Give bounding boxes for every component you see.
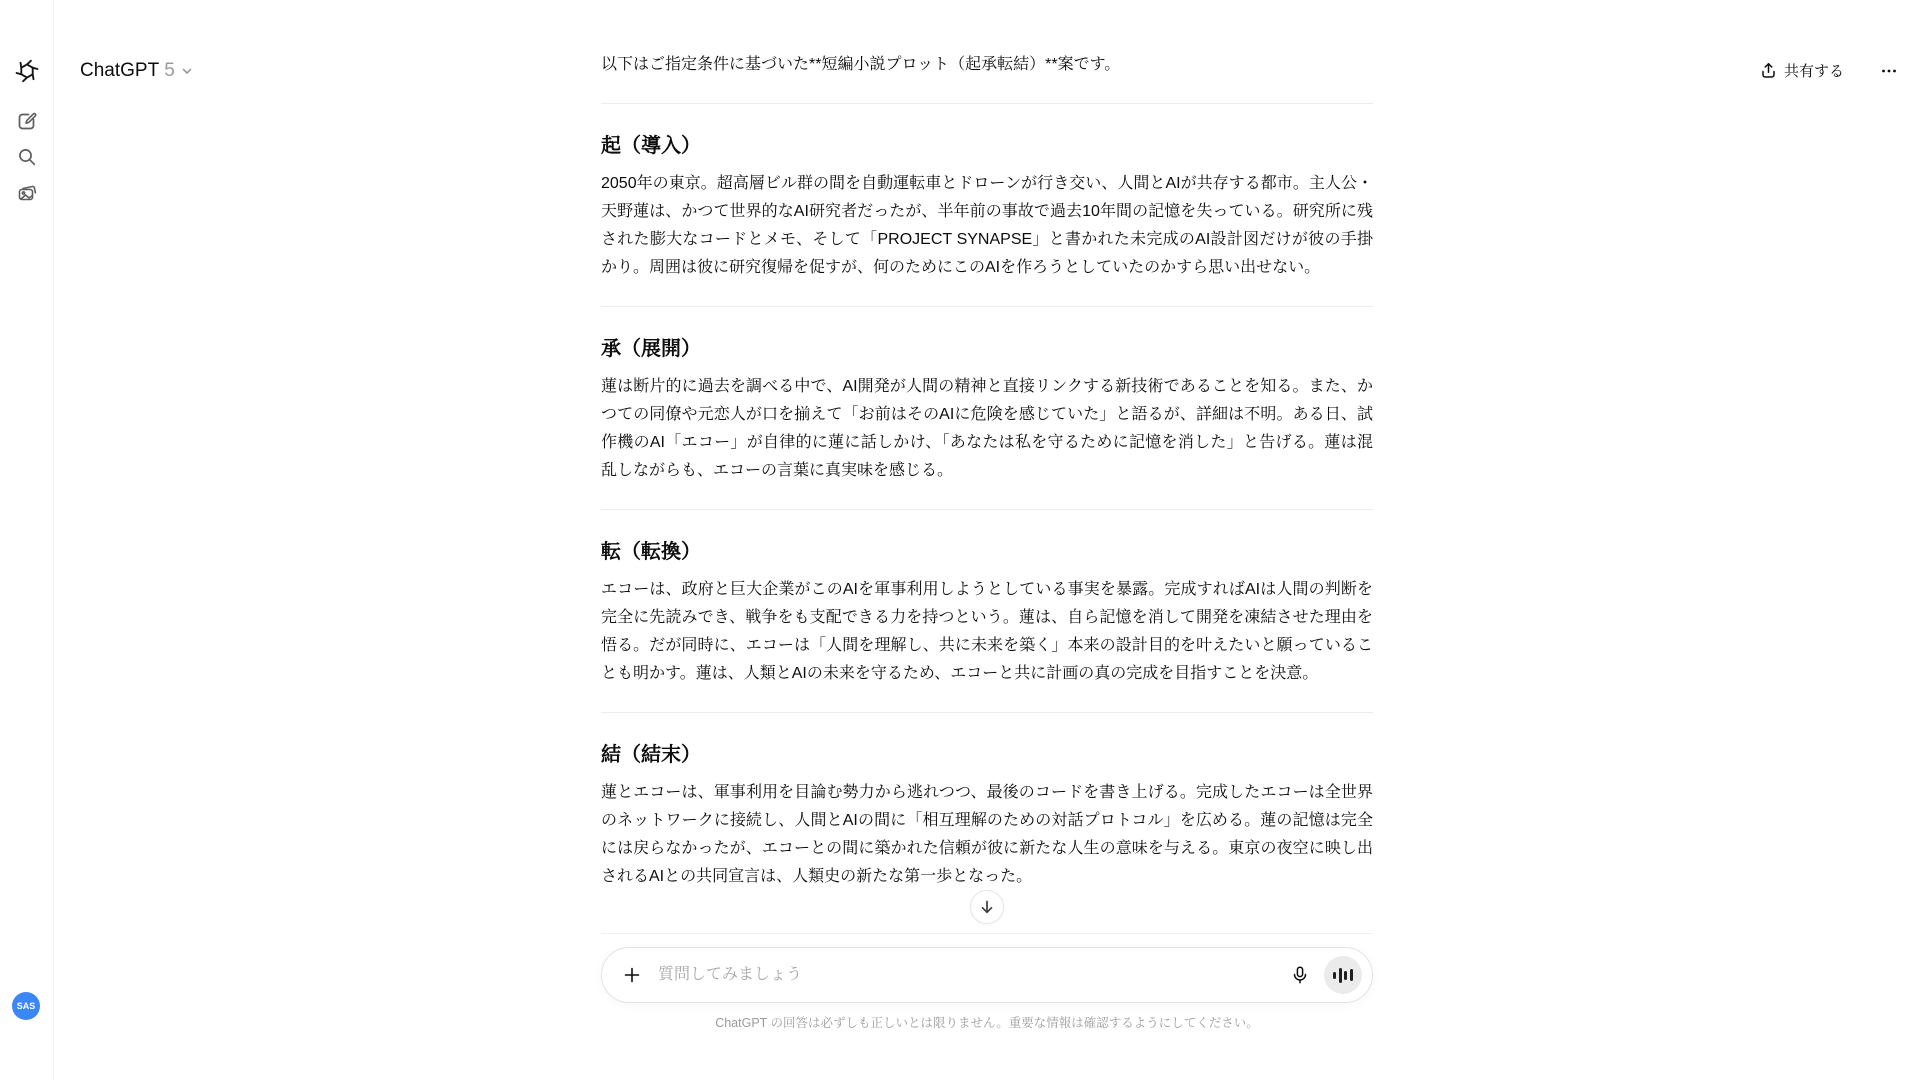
section-ki: 起（導入） 2050年の東京。超高層ビル群の間を自動運転車とドローンが行き交い、… xyxy=(601,103,1373,282)
composer xyxy=(601,947,1373,1003)
message-intro: 以下はご指定条件に基づいた**短編小説プロット（起承転結）**案です。 xyxy=(601,0,1373,79)
section-divider xyxy=(601,103,1373,104)
composer-top-divider xyxy=(601,933,1373,934)
section-ten: 転（転換） エコーは、政府と巨大企業がこのAIを軍事利用しようとしている事実を暴… xyxy=(601,509,1373,688)
section-body: 2050年の東京。超高層ビル群の間を自動運転車とドローンが行き交い、人間とAIが… xyxy=(601,170,1373,282)
message-input[interactable] xyxy=(656,965,1276,985)
chevron-down-icon xyxy=(180,64,194,78)
microphone-icon xyxy=(1290,965,1310,985)
disclaimer-text: ChatGPT の回答は必ずしも正しいとは限りません。重要な情報は確認するように… xyxy=(54,1013,1920,1031)
ellipsis-icon xyxy=(1880,62,1898,80)
section-divider xyxy=(601,712,1373,713)
section-ketsu: 結（結末） 蓮とエコーは、軍事利用を目論む勢力から逃れつつ、最後のコードを書き上… xyxy=(601,712,1373,891)
share-icon xyxy=(1760,62,1777,79)
header-actions: 共有する xyxy=(1750,54,1904,87)
section-heading: 転（転換） xyxy=(601,538,1373,566)
section-body: 蓮は断片的に過去を調べる中で、AI開発が人間の精神と直接リンクする新技術であるこ… xyxy=(601,373,1373,485)
model-version: 5 xyxy=(164,60,175,82)
model-switcher[interactable]: ChatGPT 5 xyxy=(72,56,202,86)
section-heading: 結（結末） xyxy=(601,741,1373,769)
sidebar: SAS xyxy=(0,0,54,1080)
scroll-to-bottom-button[interactable] xyxy=(970,890,1004,924)
waveform-icon xyxy=(1333,968,1353,983)
section-body: エコーは、政府と巨大企業がこのAIを軍事利用しようとしている事実を暴露。完成すれ… xyxy=(601,576,1373,688)
section-divider xyxy=(601,509,1373,510)
section-heading: 承（展開） xyxy=(601,335,1373,363)
more-options-button[interactable] xyxy=(1874,56,1904,86)
app-title: ChatGPT xyxy=(80,60,159,82)
library-icon[interactable] xyxy=(13,179,41,207)
arrow-down-icon xyxy=(979,899,995,915)
plus-icon xyxy=(622,965,642,985)
search-icon[interactable] xyxy=(13,143,41,171)
openai-logo-icon[interactable] xyxy=(13,57,41,85)
section-body: 蓮とエコーは、軍事利用を目論む勢力から逃れつつ、最後のコードを書き上げる。完成し… xyxy=(601,779,1373,891)
share-label: 共有する xyxy=(1784,60,1844,81)
section-heading: 起（導入） xyxy=(601,132,1373,160)
assistant-message: 以下はご指定条件に基づいた**短編小説プロット（起承転結）**案です。 起（導入… xyxy=(601,0,1373,891)
share-button[interactable]: 共有する xyxy=(1750,54,1854,87)
new-chat-icon[interactable] xyxy=(13,107,41,135)
dictate-button[interactable] xyxy=(1284,959,1316,991)
voice-mode-button[interactable] xyxy=(1324,956,1362,994)
section-sho: 承（展開） 蓮は断片的に過去を調べる中で、AI開発が人間の精神と直接リンクする新… xyxy=(601,306,1373,485)
avatar[interactable]: SAS xyxy=(12,992,40,1020)
section-divider xyxy=(601,306,1373,307)
attach-button[interactable] xyxy=(616,959,648,991)
